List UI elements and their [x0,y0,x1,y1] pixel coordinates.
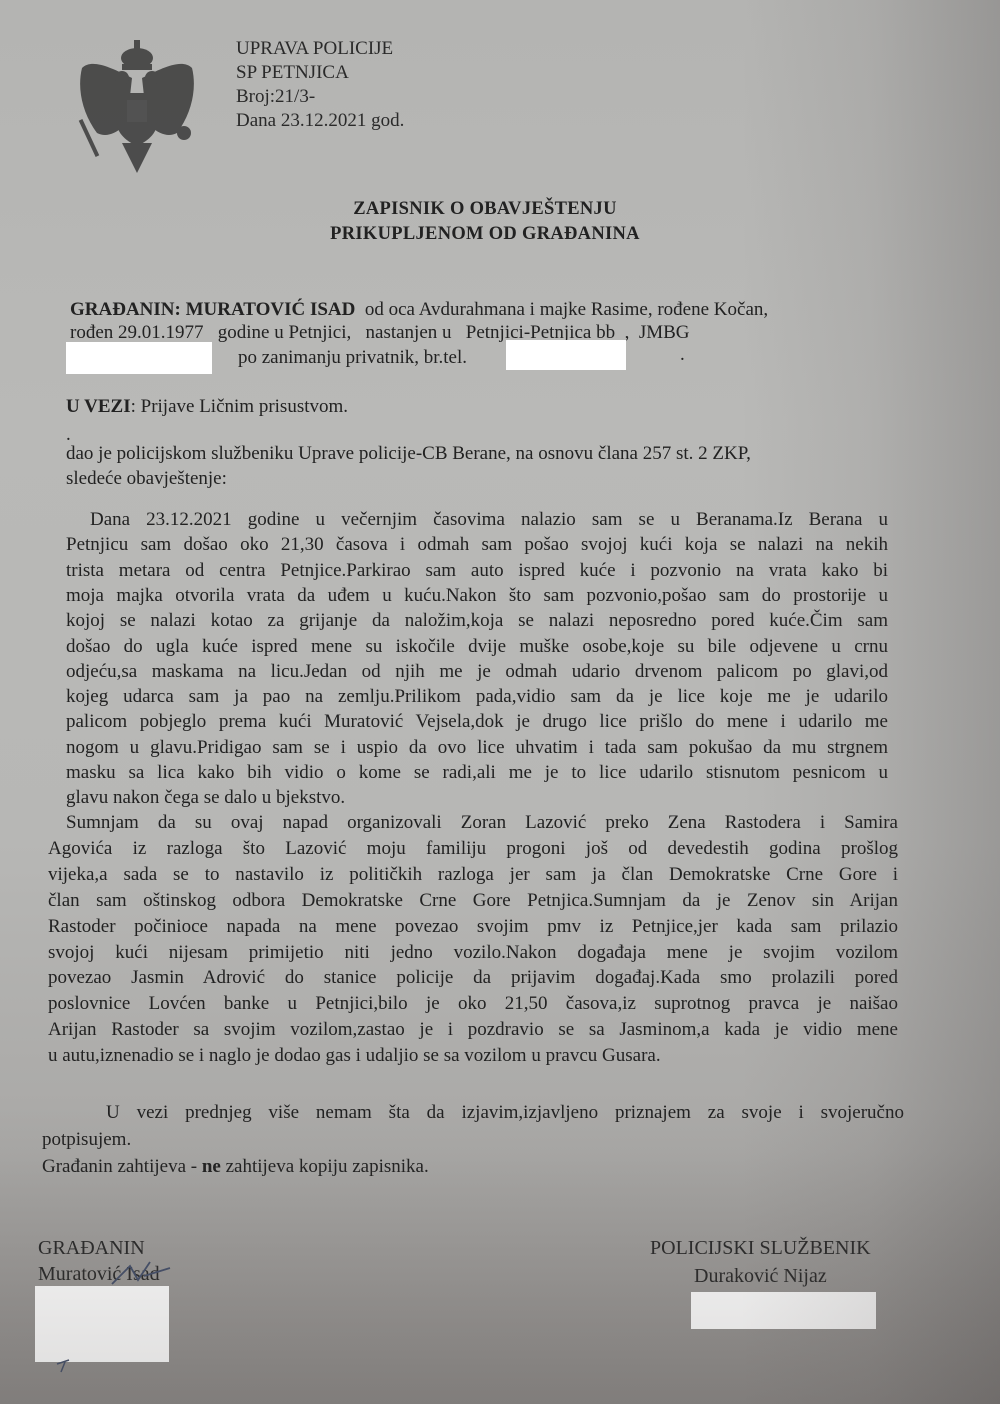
document-title-line2: PRIKUPLJENOM OD GRAĐANINA [0,224,985,245]
statement-line: vijeka,a sada se to nastavilo iz politič… [48,864,898,886]
jmbg-redaction [66,342,212,374]
statement-line: svojoj kući nijesam primijetio niti jedn… [48,942,898,964]
statement-line: kojoj se nalazi kotao za grijanje da nal… [66,610,888,632]
regarding-label: U VEZI [66,396,131,417]
statement-line: kojeg udarca sam ja pao na zemlju.Prilik… [66,686,888,708]
statement-line: Dana 23.12.2021 godine u večernjim časov… [90,509,888,531]
copy-request-pre: Građanin zahtijeva - [42,1156,202,1177]
officer-signature-label: POLICIJSKI SLUŽBENIK [650,1237,871,1260]
statement-line: Rastoder počinioce napada na mene poveza… [48,916,898,938]
citizen-line1: GRAĐANIN: MURATOVIĆ ISAD od oca Avdurahm… [70,299,878,321]
citizen-parents: od oca Avdurahmana i majke Rasime, rođen… [365,299,768,320]
citizen-line2: rođen 29.01.1977 godine u Petnjici, nast… [70,322,878,344]
header-org-line1: UPRAVA POLICIJE [236,37,393,62]
citizen-signature-redaction [35,1286,169,1362]
statement-line: u autu,iznenadio se i naglo je dodao gas… [48,1045,898,1067]
intro-line2: sledeće obavještenje: [66,468,227,490]
statement-line: palicom pobjeglo prema kući Muratović Ve… [66,711,888,733]
officer-signature-name: Duraković Nijaz [694,1265,827,1288]
officer-signature-redaction [691,1292,876,1329]
statement-line: poslovnice Lovćen banke u Petnjici,bilo … [48,993,898,1015]
statement-line: Agovića iz razloga što Lazović moju fami… [48,838,898,860]
statement-line: moja majka otvorila vrata da uđem u kuću… [66,585,888,607]
coat-of-arms-icon [72,38,202,178]
copy-request-bold: ne [202,1156,221,1177]
header-org-line2: SP PETNJICA [236,61,349,86]
document-title-line1: ZAPISNIK O OBAVJEŠTENJU [0,199,985,220]
citizen-signature-label: GRAĐANIN [38,1237,145,1260]
handwritten-signature-icon [110,1258,180,1288]
copy-request: Građanin zahtijeva - ne zahtijeva kopiju… [42,1156,429,1178]
statement-line: odjeću,sa maskama na licu.Jedan od njih … [66,661,888,683]
intro-line1: dao je policijskom službeniku Uprave pol… [66,443,751,465]
citizen-label: GRAĐANIN: MURATOVIĆ ISAD [70,299,355,320]
closing-line2: potpisujem. [42,1129,131,1151]
copy-request-post: zahtijeva kopiju zapisnika. [221,1156,429,1177]
regarding-text: : Prijave Ličnim prisustvom. [131,396,348,417]
statement-line: glavu nakon čega se dalo u bjekstvo. [66,787,888,809]
statement-line: Sumnjam da su ovaj napad organizovali Zo… [66,812,898,834]
closing-text: U vezi prednjeg više nemam šta da izjavi… [106,1102,904,1124]
citizen-occupation: po zanimanju privatnik, br.tel. [238,347,467,369]
closing-line1: U vezi prednjeg više nemam šta da izjavi… [106,1102,904,1124]
header-number: Broj:21/3- [236,85,315,110]
statement-line: član sam oštinskog odbora Demokratske Cr… [48,890,898,912]
regarding-line: U VEZI: Prijave Ličnim prisustvom. [66,396,348,418]
statement-line: trista metara od centra Petnjice.Parkira… [66,560,888,582]
statement-line: masku sa lica kako bih vidio o kome se r… [66,762,888,784]
statement-line: Petnjicu sam došao oko 21,30 časova i od… [66,534,888,556]
phone-redaction [506,340,626,370]
statement-line: nogom u glavu.Pridigao sam se i uspio da… [66,737,888,759]
statement-line: Arijan Rastoder sa svojim vozilom,zastao… [48,1019,898,1041]
statement-line: povezao Jasmin Adrović do stanice polici… [48,967,898,989]
statement-line: došao do ugla kuće ispred mene su iskoči… [66,636,888,658]
citizen-line3-end: . [680,344,685,366]
header-date: Dana 23.12.2021 god. [236,109,404,134]
signature-stroke-icon [55,1358,75,1374]
